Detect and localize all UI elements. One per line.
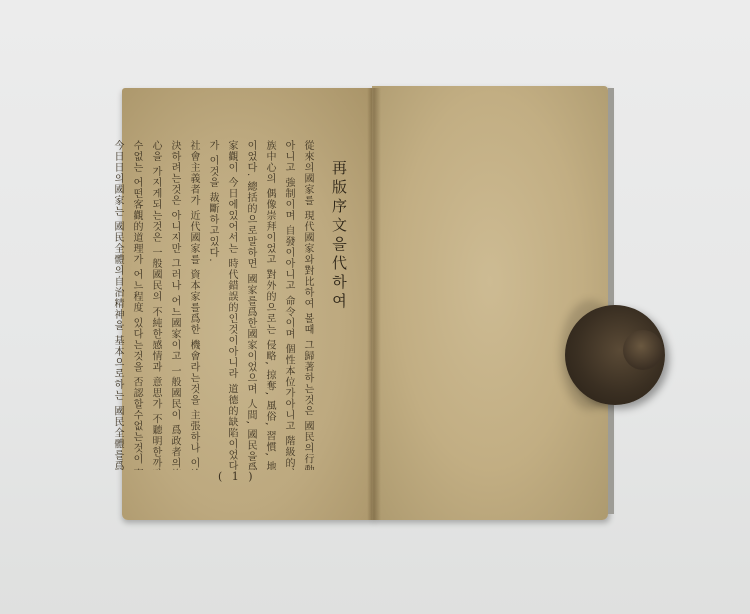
book-edge	[608, 88, 614, 514]
weight-knob	[623, 330, 663, 370]
left-page: 再版序文을代하여 從來의國家를 現代國家와對比하여 볼때 그歸著하는것은 國民의…	[122, 88, 375, 520]
text-column: 수없는 어떤客觀的道理가 어느程度 있다는것을 否認할수없는것이 事實이다.	[129, 140, 144, 470]
book-gutter	[367, 88, 381, 520]
text-column: 從來의國家를 現代國家와對比하여 볼때 그歸著하는것은 國民의行動이 機械的이며…	[300, 140, 315, 470]
open-book: 再版序文을代하여 從來의國家를 現代國家와對比하여 볼때 그歸著하는것은 國民의…	[122, 88, 610, 520]
text-column: 族中心의 偶像崇拜이었고 對外的으로는 侵略, 掠奪, 風俗, 習慣, 地理, …	[262, 140, 277, 470]
page-number: ( 1 )	[218, 470, 256, 483]
text-column: 가 이것을 裁斷하고있다.	[205, 140, 220, 470]
text-column: 心을 가지게되는것은 一般國民의 不純한感情과 意思가 不聽明한까닭이아니고 單…	[148, 140, 163, 470]
text-column: 아니고 強制이며 自發이아니고 命令이며 個性本位가아니고 階級的이었다. 對內…	[281, 140, 296, 470]
text-columns: 從來의國家를 現代國家와對比하여 볼때 그歸著하는것은 國民의行動이 機械的이며…	[110, 140, 315, 470]
brass-paper-weight	[565, 305, 665, 405]
text-column: 今日日의國家는 國民全體의自治精神을 基本으로하는 國民全體를爲한國家이며 國家…	[110, 140, 125, 470]
text-column: 決하려는것은 아니지만 그러나 어느國家이고 一般國民이 爲政者의施政에對하여 …	[167, 140, 182, 470]
text-column: 家觀이 今日에있어서는 時代錯誤的인것이아니라 道德的缺陷이었다는것은 民主主義…	[224, 140, 239, 470]
text-column: 社會主義者가 近代國家를 資本家를爲한 機會라는것을 主張하나 이論說의是非, …	[186, 140, 201, 470]
text-column: 이었다. 總括的으로말하면 國家를爲한國家이었으며 人間, 國民을爲한國家가 아…	[243, 140, 258, 470]
right-page-blank	[372, 86, 608, 520]
page-title: 再版序文을代하여	[329, 160, 350, 312]
